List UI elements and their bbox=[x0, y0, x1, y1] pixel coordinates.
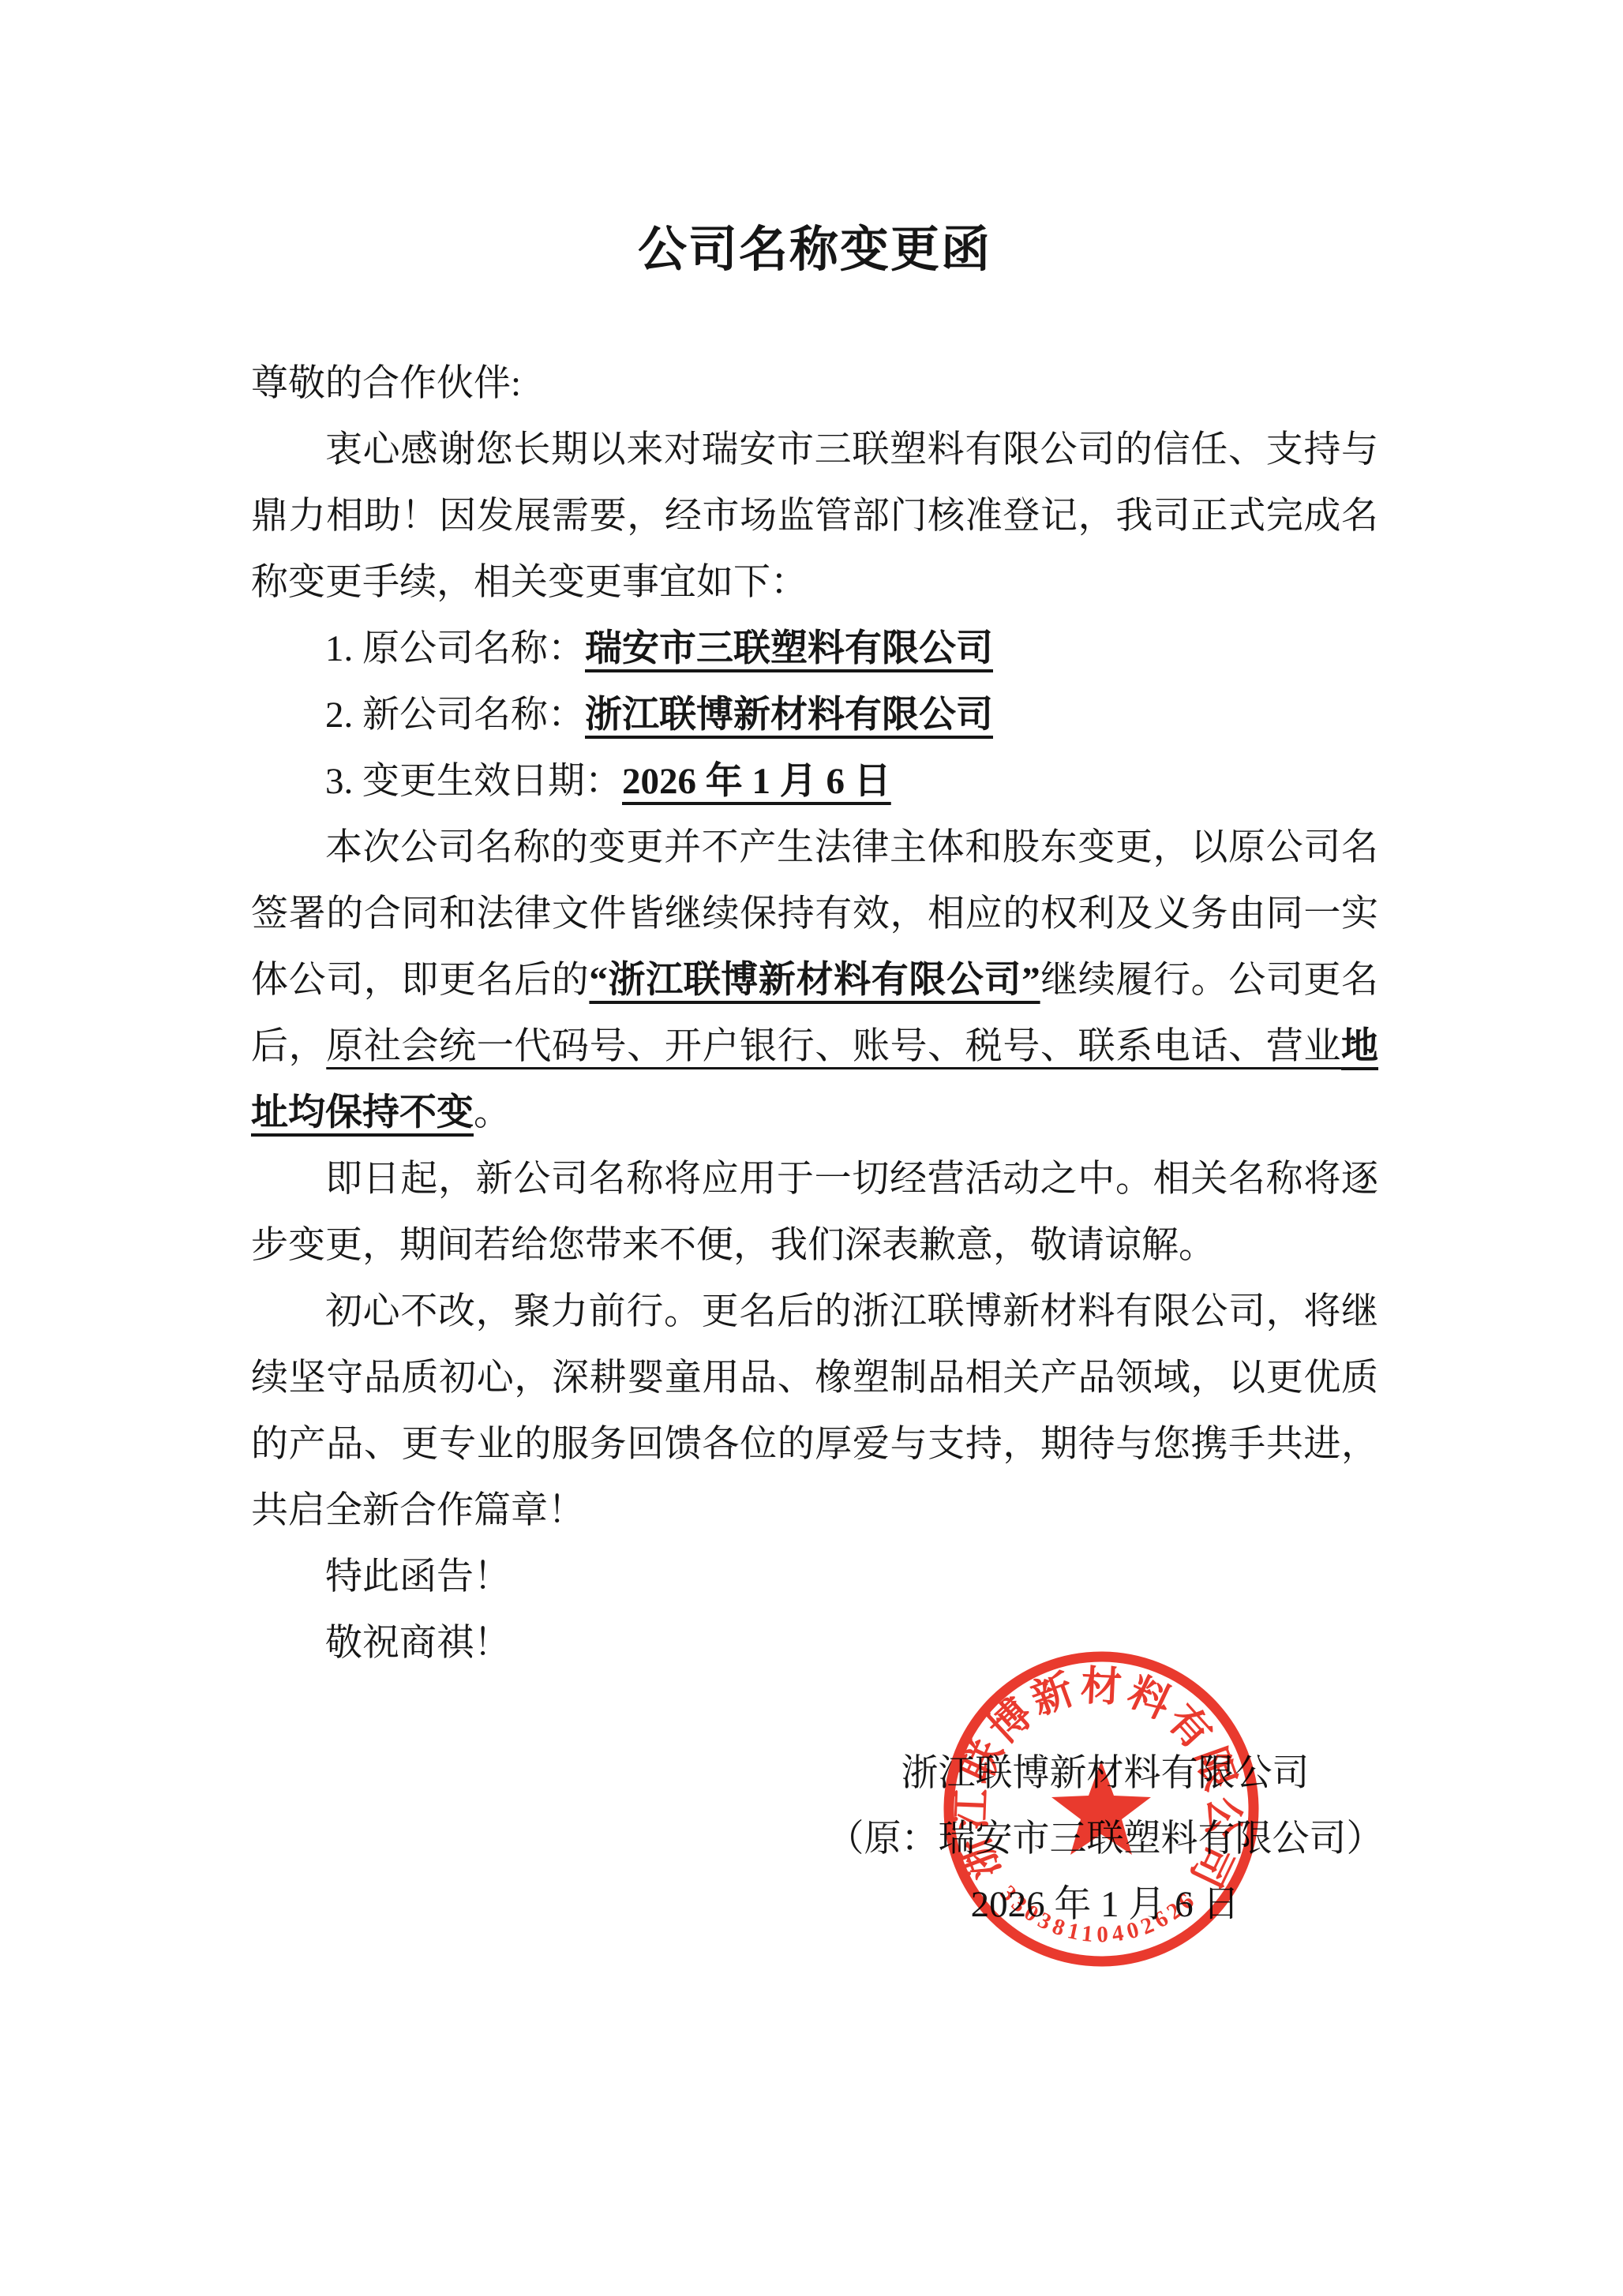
document-body: 公司名称变更函 尊敬的合作伙伴: 衷心感谢您长期以来对瑞安市三联塑料有限公司的信… bbox=[251, 221, 1378, 1676]
paragraph-vision: 初心不改，聚力前行。更名后的浙江联博新材料有限公司，将继续坚守品质初心，深耕婴童… bbox=[251, 1279, 1378, 1544]
item-value: 瑞安市三联塑料有限公司 bbox=[585, 628, 993, 669]
closing-notice: 特此函告！ bbox=[251, 1544, 1378, 1610]
effect-text: 。 bbox=[474, 1092, 511, 1133]
change-item-old-name: 1. 原公司名称：瑞安市三联塑料有限公司 bbox=[251, 616, 1378, 682]
paragraph-transition: 即日起，新公司名称将应用于一切经营活动之中。相关名称将逐步变更，期间若给您带来不… bbox=[251, 1146, 1378, 1279]
effect-new-name-quoted: “浙江联博新材料有限公司” bbox=[589, 960, 1040, 1001]
change-item-effective-date: 3. 变更生效日期：2026 年 1 月 6 日 bbox=[251, 748, 1378, 815]
item-label: 3. 变更生效日期： bbox=[325, 761, 622, 802]
paragraph-intro: 衷心感谢您长期以来对瑞安市三联塑料有限公司的信任、支持与鼎力相助！因发展需要，经… bbox=[251, 417, 1378, 616]
item-value: 2026 年 1 月 6 日 bbox=[622, 761, 891, 802]
item-value: 浙江联博新材料有限公司 bbox=[585, 695, 993, 736]
item-label: 1. 原公司名称： bbox=[325, 628, 585, 669]
letter-page: 公司名称变更函 尊敬的合作伙伴: 衷心感谢您长期以来对瑞安市三联塑料有限公司的信… bbox=[0, 0, 1623, 2296]
paragraph-effect: 本次公司名称的变更并不产生法律主体和股东变更，以原公司名签署的合同和法律文件皆继… bbox=[251, 815, 1378, 1146]
seal-star-icon bbox=[1051, 1761, 1151, 1855]
change-item-new-name: 2. 新公司名称：浙江联博新材料有限公司 bbox=[251, 682, 1378, 748]
salutation: 尊敬的合作伙伴: bbox=[251, 350, 1378, 417]
page-title: 公司名称变更函 bbox=[251, 221, 1378, 279]
effect-unchanged-list: 原社会统一代码号、开户银行、账号、税号、联系电话、营业 bbox=[326, 1026, 1341, 1067]
company-seal-stamp: 浙江联博新材料有限公司 33038110402626 bbox=[935, 1643, 1267, 1975]
item-label: 2. 新公司名称： bbox=[325, 695, 585, 736]
